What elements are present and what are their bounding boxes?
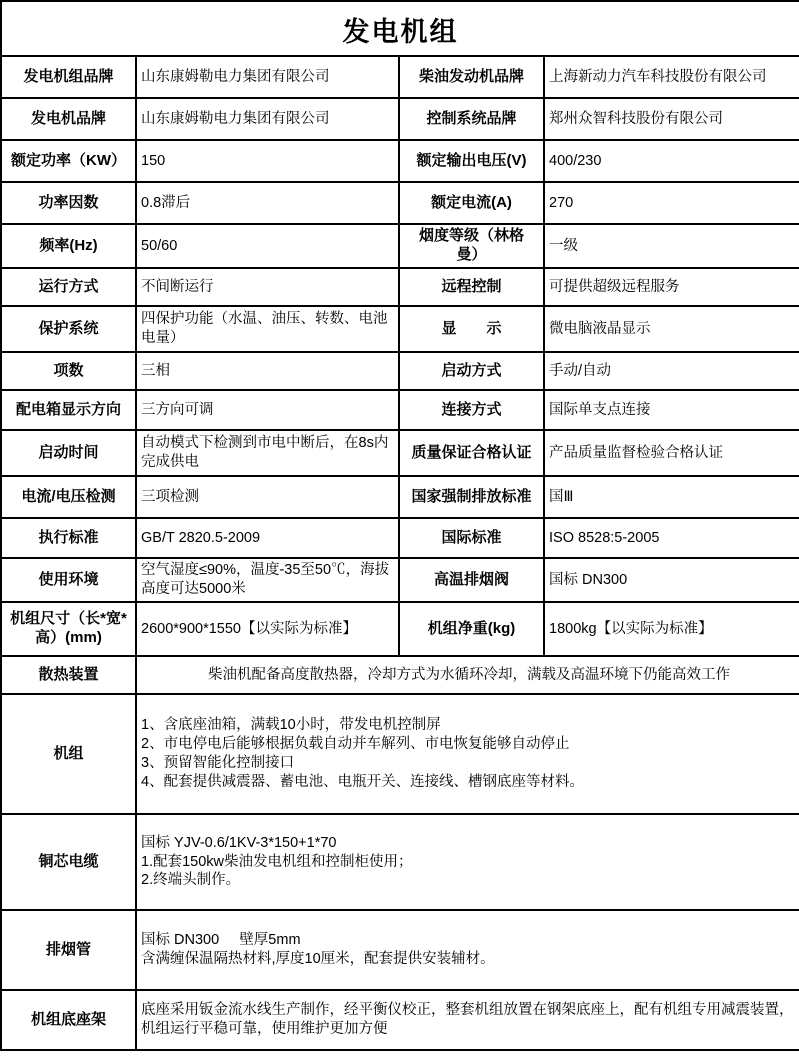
row-label: 机组	[1, 694, 136, 814]
row-label: 发电机组品牌	[1, 56, 136, 98]
row-label: 质量保证合格认证	[399, 430, 544, 476]
row-value: 1、含底座油箱，满载10小时，带发电机控制屏 2、市电停电后能够根据负载自动并车…	[136, 694, 799, 814]
row-value: 400/230	[544, 140, 799, 182]
row-value: 可提供超级远程服务	[544, 268, 799, 306]
table-row: 执行标准 GB/T 2820.5-2009 国际标准 ISO 8528:5-20…	[1, 518, 799, 558]
table-row: 发电机品牌 山东康姆勒电力集团有限公司 控制系统品牌 郑州众智科技股份有限公司	[1, 98, 799, 140]
spec-table: 发电机组 发电机组品牌 山东康姆勒电力集团有限公司 柴油发动机品牌 上海新动力汽…	[0, 0, 799, 1051]
row-label: 额定电流(A)	[399, 182, 544, 224]
table-row: 配电箱显示方向 三方向可调 连接方式 国际单支点连接	[1, 390, 799, 430]
table-row: 项数 三相 启动方式 手动/自动	[1, 352, 799, 390]
row-value: 山东康姆勒电力集团有限公司	[136, 98, 399, 140]
row-value: GB/T 2820.5-2009	[136, 518, 399, 558]
row-value: 0.8滞后	[136, 182, 399, 224]
row-label: 机组底座架	[1, 990, 136, 1050]
row-value: 自动模式下检测到市电中断后，在8s内完成供电	[136, 430, 399, 476]
row-value: 山东康姆勒电力集团有限公司	[136, 56, 399, 98]
row-value: 三相	[136, 352, 399, 390]
table-row: 额定功率（KW） 150 额定输出电压(V) 400/230	[1, 140, 799, 182]
row-value: 三项检测	[136, 476, 399, 518]
row-label: 配电箱显示方向	[1, 390, 136, 430]
row-label: 柴油发动机品牌	[399, 56, 544, 98]
row-label: 机组尺寸（长*宽*高）(mm)	[1, 602, 136, 656]
table-row: 使用环境 空气湿度≤90%，温度-35至50℃，海拔高度可达5000米 高温排烟…	[1, 558, 799, 602]
row-label: 远程控制	[399, 268, 544, 306]
row-value: 国际单支点连接	[544, 390, 799, 430]
row-value: 2600*900*1550【以实际为标准】	[136, 602, 399, 656]
table-row: 排烟管 国标 DN300 壁厚5mm 含满缠保温隔热材料,厚度10厘米，配套提供…	[1, 910, 799, 990]
table-row: 启动时间 自动模式下检测到市电中断后，在8s内完成供电 质量保证合格认证 产品质…	[1, 430, 799, 476]
table-row: 铜芯电缆 国标 YJV-0.6/1KV-3*150+1*70 1.配套150kw…	[1, 814, 799, 910]
table-row: 保护系统 四保护功能（水温、油压、转数、电池电量） 显 示 微电脑液晶显示	[1, 306, 799, 352]
row-label: 排烟管	[1, 910, 136, 990]
row-value: ISO 8528:5-2005	[544, 518, 799, 558]
row-label: 运行方式	[1, 268, 136, 306]
table-row: 运行方式 不间断运行 远程控制 可提供超级远程服务	[1, 268, 799, 306]
row-value: 国标 YJV-0.6/1KV-3*150+1*70 1.配套150kw柴油发电机…	[136, 814, 799, 910]
row-value: 150	[136, 140, 399, 182]
row-value: 1800kg【以实际为标准】	[544, 602, 799, 656]
row-label: 频率(Hz)	[1, 224, 136, 268]
row-value: 国标 DN300	[544, 558, 799, 602]
row-label: 国际标准	[399, 518, 544, 558]
page-title: 发电机组	[1, 1, 799, 56]
title-row: 发电机组	[1, 1, 799, 56]
generator-spec-sheet: 发电机组 发电机组品牌 山东康姆勒电力集团有限公司 柴油发动机品牌 上海新动力汽…	[0, 0, 799, 1051]
row-label: 项数	[1, 352, 136, 390]
row-label: 启动时间	[1, 430, 136, 476]
row-value: 微电脑液晶显示	[544, 306, 799, 352]
row-label: 控制系统品牌	[399, 98, 544, 140]
row-label: 电流/电压检测	[1, 476, 136, 518]
row-value: 郑州众智科技股份有限公司	[544, 98, 799, 140]
row-value: 国Ⅲ	[544, 476, 799, 518]
table-row: 机组 1、含底座油箱，满载10小时，带发电机控制屏 2、市电停电后能够根据负载自…	[1, 694, 799, 814]
row-label: 机组净重(kg)	[399, 602, 544, 656]
table-row: 频率(Hz) 50/60 烟度等级（林格曼） 一级	[1, 224, 799, 268]
table-row: 功率因数 0.8滞后 额定电流(A) 270	[1, 182, 799, 224]
row-label: 发电机品牌	[1, 98, 136, 140]
row-label: 额定功率（KW）	[1, 140, 136, 182]
row-value: 柴油机配备高度散热器，冷却方式为水循环冷却，满载及高温环境下仍能高效工作	[136, 656, 799, 694]
row-label: 功率因数	[1, 182, 136, 224]
row-label: 烟度等级（林格曼）	[399, 224, 544, 268]
row-label: 保护系统	[1, 306, 136, 352]
row-label: 国家强制排放标准	[399, 476, 544, 518]
row-value: 空气湿度≤90%，温度-35至50℃，海拔高度可达5000米	[136, 558, 399, 602]
row-value: 上海新动力汽车科技股份有限公司	[544, 56, 799, 98]
table-row: 机组尺寸（长*宽*高）(mm) 2600*900*1550【以实际为标准】 机组…	[1, 602, 799, 656]
row-value: 270	[544, 182, 799, 224]
row-label: 显 示	[399, 306, 544, 352]
row-label: 启动方式	[399, 352, 544, 390]
row-label: 连接方式	[399, 390, 544, 430]
row-value: 国标 DN300 壁厚5mm 含满缠保温隔热材料,厚度10厘米，配套提供安装辅材…	[136, 910, 799, 990]
row-label: 额定输出电压(V)	[399, 140, 544, 182]
row-value: 四保护功能（水温、油压、转数、电池电量）	[136, 306, 399, 352]
table-row: 散热装置 柴油机配备高度散热器，冷却方式为水循环冷却，满载及高温环境下仍能高效工…	[1, 656, 799, 694]
table-row: 机组底座架 底座采用钣金流水线生产制作，经平衡仪校正，整套机组放置在钢架底座上，…	[1, 990, 799, 1050]
row-label: 高温排烟阀	[399, 558, 544, 602]
row-value: 产品质量监督检验合格认证	[544, 430, 799, 476]
row-value: 一级	[544, 224, 799, 268]
row-value: 手动/自动	[544, 352, 799, 390]
row-value: 50/60	[136, 224, 399, 268]
row-value: 三方向可调	[136, 390, 399, 430]
row-label: 铜芯电缆	[1, 814, 136, 910]
row-value: 不间断运行	[136, 268, 399, 306]
row-label: 执行标准	[1, 518, 136, 558]
table-row: 电流/电压检测 三项检测 国家强制排放标准 国Ⅲ	[1, 476, 799, 518]
table-row: 发电机组品牌 山东康姆勒电力集团有限公司 柴油发动机品牌 上海新动力汽车科技股份…	[1, 56, 799, 98]
row-value: 底座采用钣金流水线生产制作，经平衡仪校正，整套机组放置在钢架底座上，配有机组专用…	[136, 990, 799, 1050]
row-label: 使用环境	[1, 558, 136, 602]
row-label: 散热装置	[1, 656, 136, 694]
